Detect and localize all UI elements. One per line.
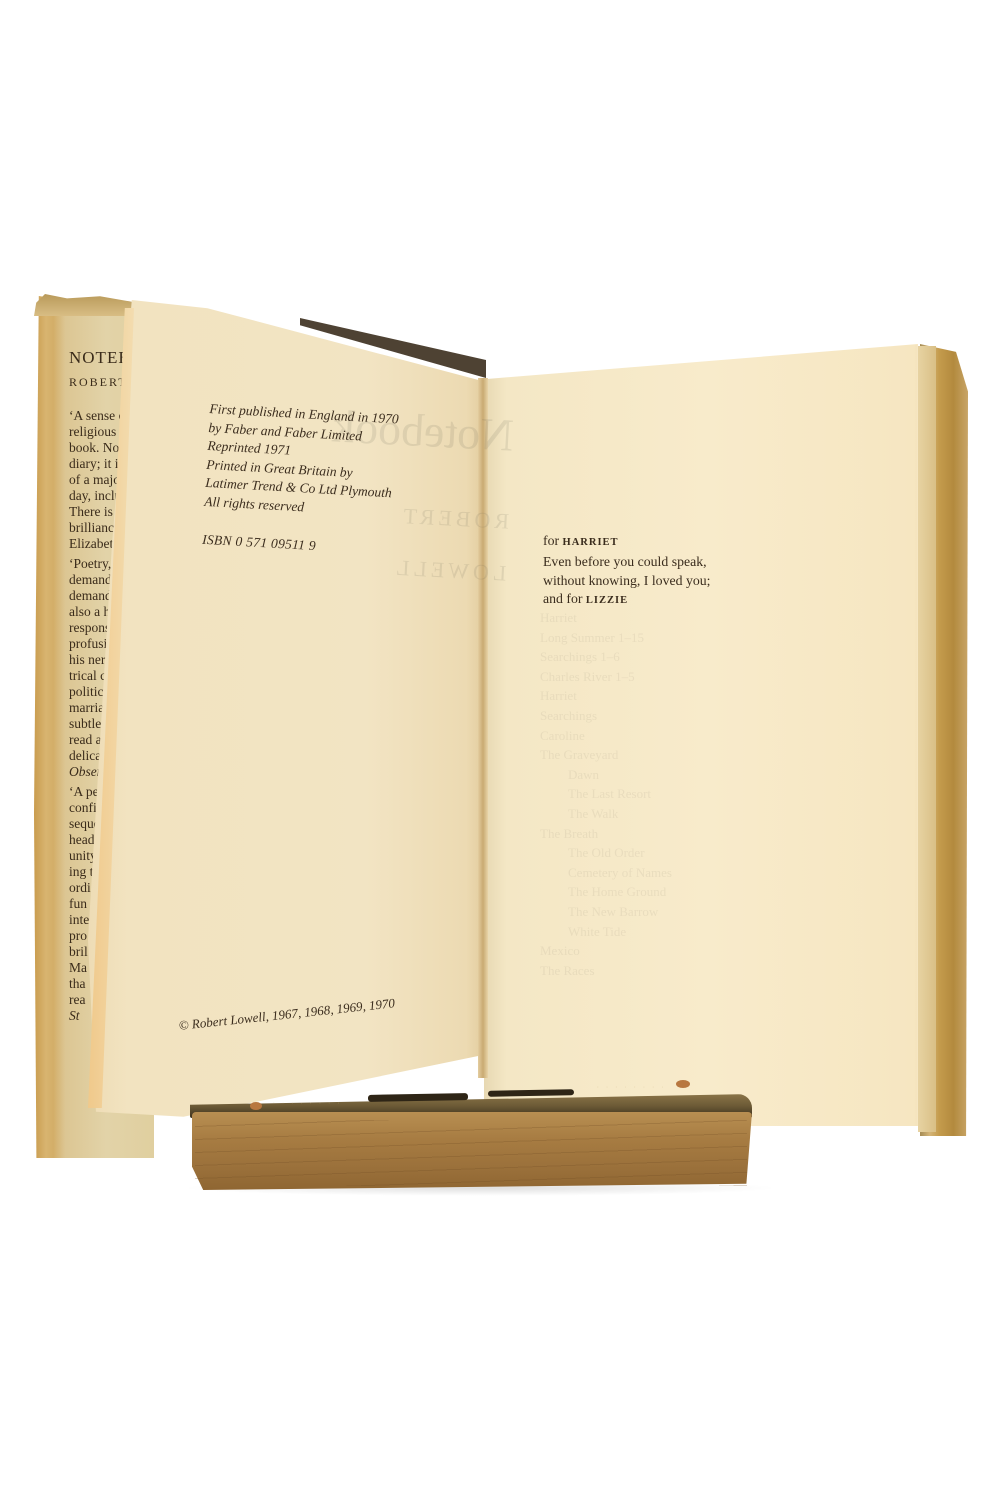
show-through-toc-entry: The Races [540, 961, 810, 981]
screw-left [250, 1102, 262, 1110]
show-through-toc-entry: The Graveyard [540, 745, 810, 765]
show-through-toc-entry: The Last Resort [540, 784, 810, 804]
dedication-line-2: Even before you could speak, [543, 553, 783, 572]
dedicatee-lizzie: LIZZIE [586, 595, 628, 606]
show-through-toc-entry: The Breath [540, 824, 810, 844]
show-through-toc-entry: The Home Ground [540, 882, 810, 902]
show-through-toc-entry: The Walk [540, 804, 810, 824]
show-through-toc-entry: Charles River 1–5 [540, 667, 810, 687]
page-block-edge [918, 346, 936, 1132]
show-through-contents: HarrietLong Summer 1–15Searchings 1–6Cha… [540, 608, 810, 980]
engraving-right: · · · · · · · · [596, 1084, 665, 1091]
dedication-line-3: without knowing, I loved you; [543, 572, 783, 591]
show-through-toc-entry: Searchings 1–6 [540, 647, 810, 667]
engraving-left: · · · · · · · · [272, 1100, 341, 1107]
screw-right [676, 1080, 690, 1088]
show-through-toc-entry: Mexico [540, 941, 810, 961]
dedication-line-4: and for LIZZIE [543, 590, 783, 611]
show-through-toc-entry: White Tide [540, 922, 810, 942]
show-through-toc-entry: Cemetery of Names [540, 863, 810, 883]
show-through-toc-entry: Caroline [540, 726, 810, 746]
show-through-toc-entry: Long Summer 1–15 [540, 628, 810, 648]
dedicatee-harriet: HARRIET [563, 537, 619, 548]
show-through-toc-entry: The New Barrow [540, 902, 810, 922]
show-through-toc-entry: Dawn [540, 765, 810, 785]
show-through-toc-entry: Harriet [540, 686, 810, 706]
show-through-toc-entry: Searchings [540, 706, 810, 726]
dedication: for HARRIET Even before you could speak,… [543, 532, 783, 611]
dedication-line-1: for HARRIET [543, 532, 783, 553]
wood-grain [195, 1120, 747, 1186]
imprint-block: First published in England in 1970 by Fa… [202, 400, 440, 562]
show-through-toc-entry: The Old Order [540, 843, 810, 863]
